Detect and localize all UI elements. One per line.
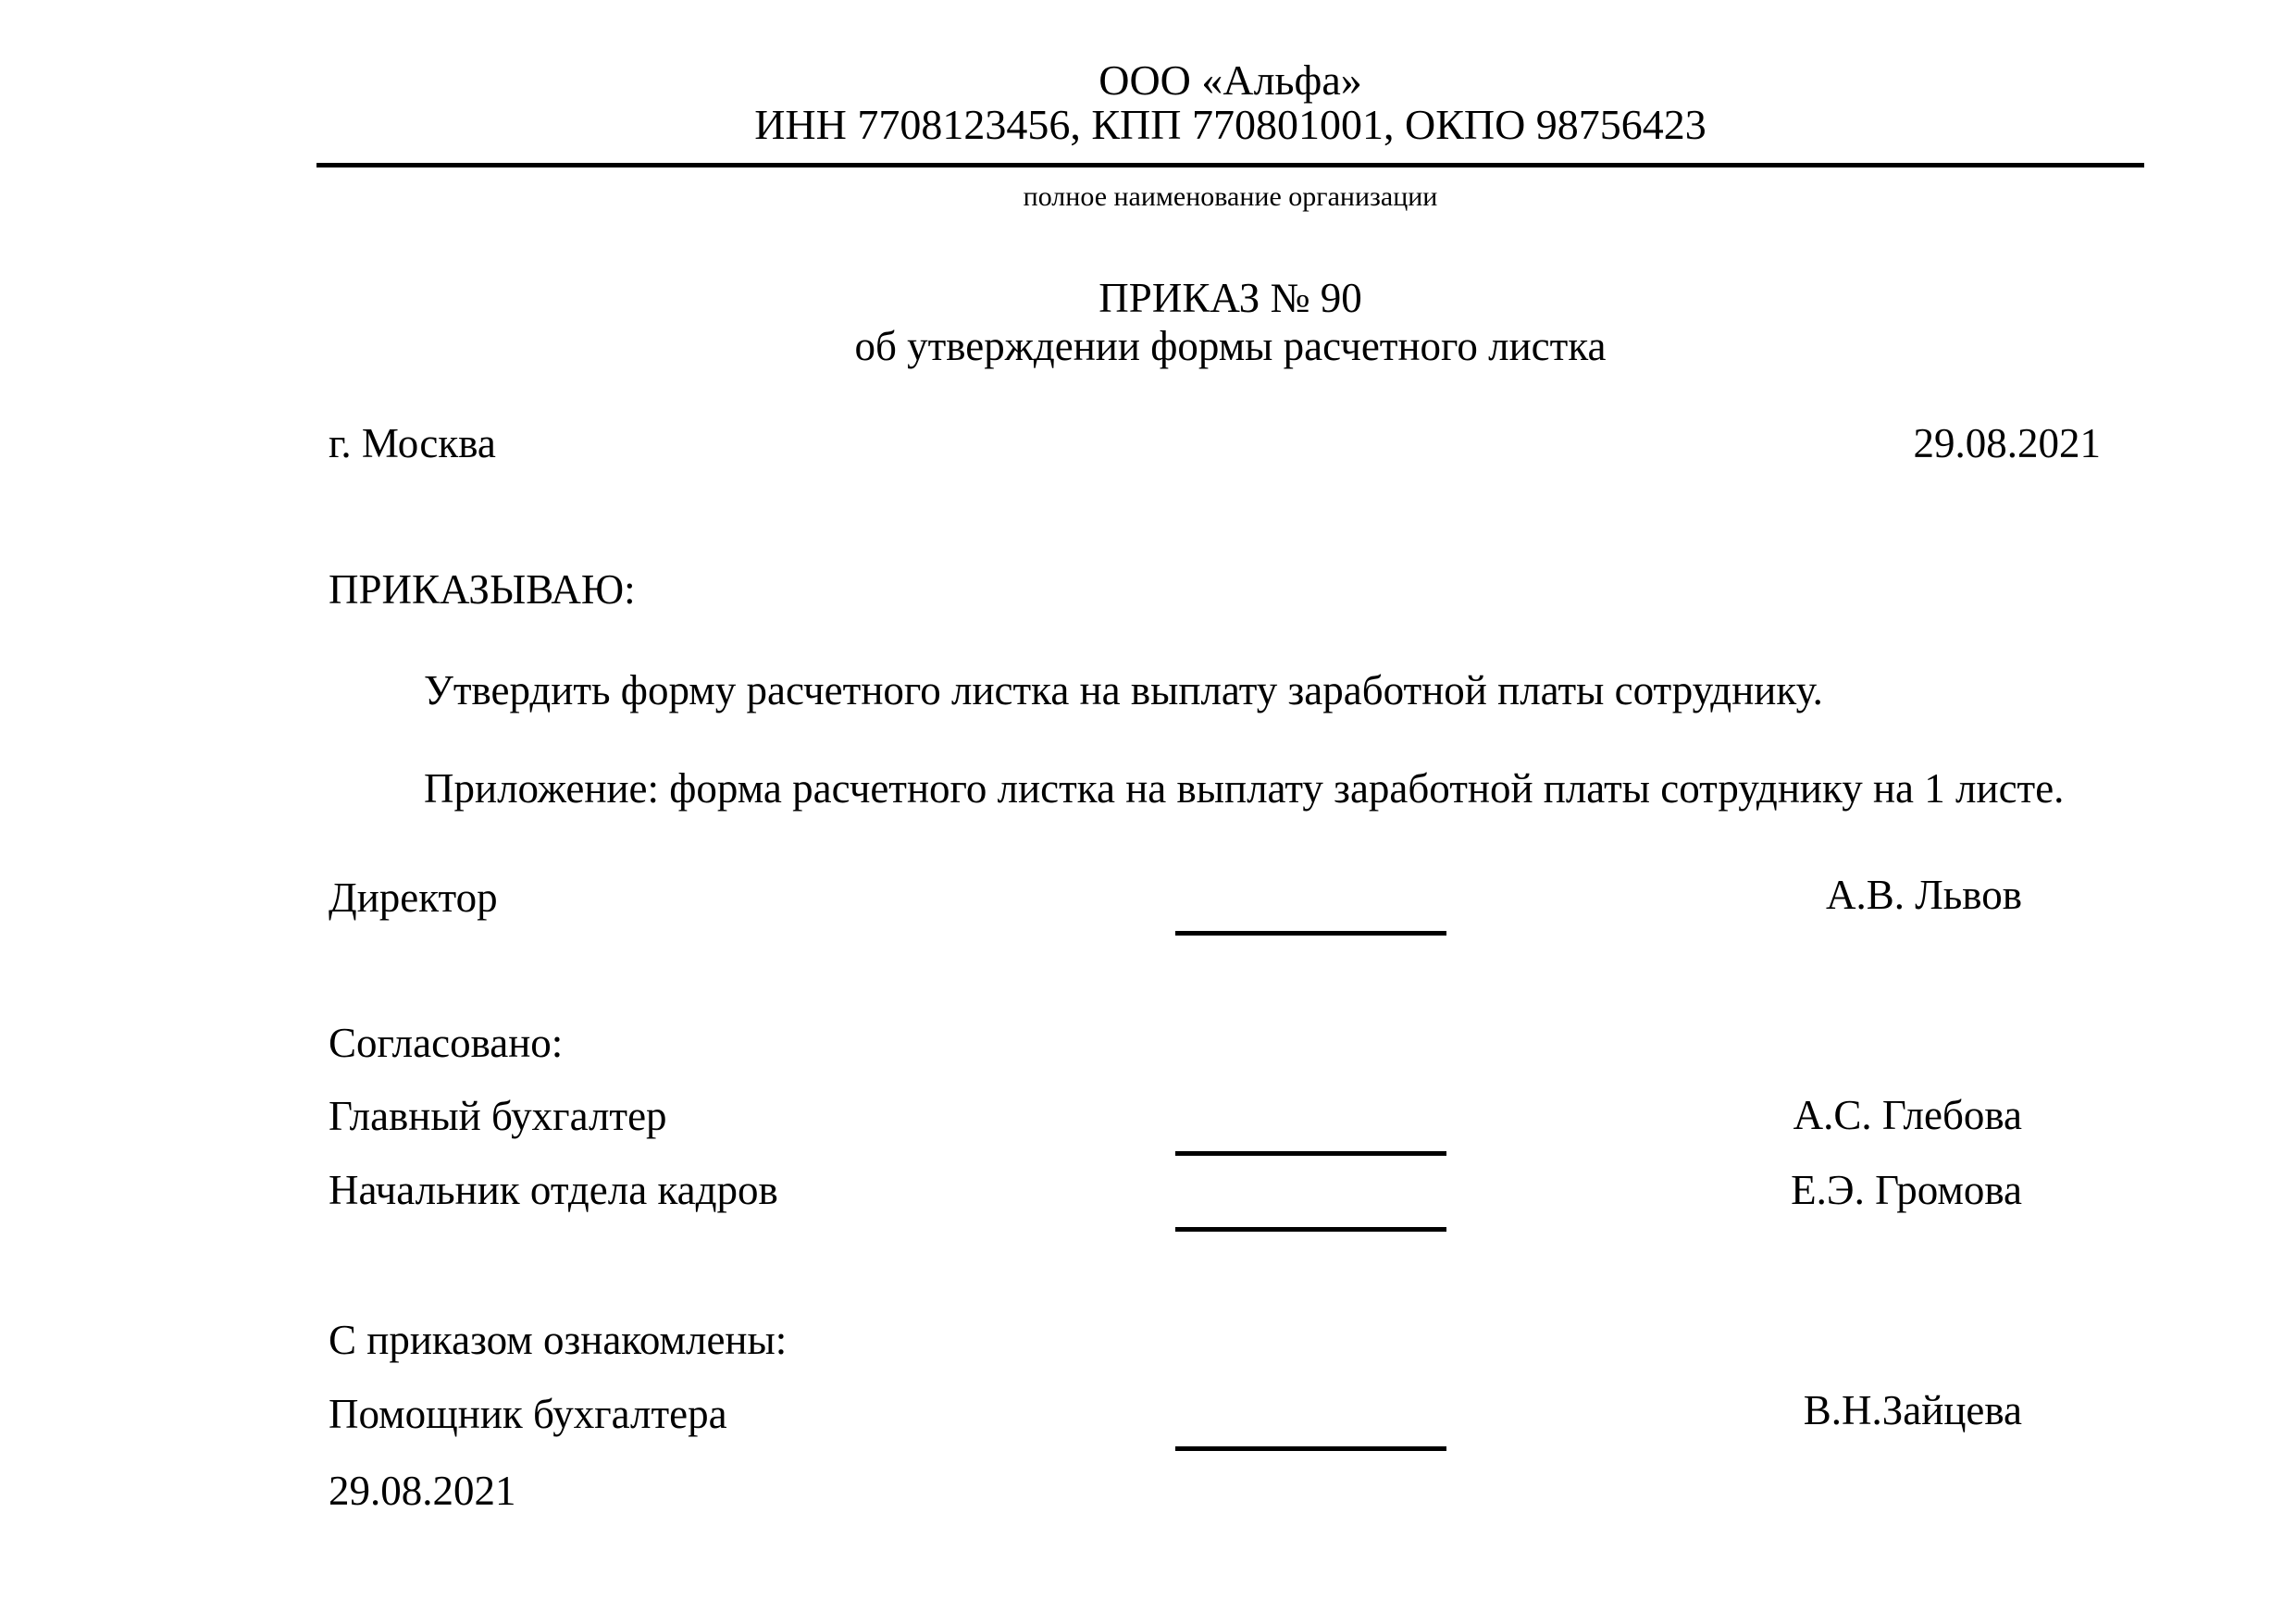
organization-codes: ИНН 7708123456, КПП 770801001, ОКПО 9875… bbox=[316, 104, 2144, 146]
order-city: г. Москва bbox=[329, 423, 496, 465]
directive-heading: ПРИКАЗЫВАЮ: bbox=[329, 569, 636, 611]
signature-line-chief-accountant bbox=[1175, 1151, 1446, 1156]
signature-line-director bbox=[1175, 931, 1446, 936]
approver-position: Начальник отдела кадров bbox=[329, 1170, 778, 1211]
order-title: ПРИКАЗ № 90 bbox=[316, 278, 2144, 319]
order-paragraph: Утвердить форму расчетного листка на вып… bbox=[424, 670, 1823, 712]
director-name: А.В. Львов bbox=[1573, 874, 2022, 916]
acknowledged-label: С приказом ознакомлены: bbox=[329, 1320, 787, 1361]
organization-name: ООО «Альфа» bbox=[316, 59, 2144, 102]
director-position: Директор bbox=[329, 877, 498, 919]
organization-caption: полное наименование организации bbox=[316, 183, 2144, 211]
approver-name: Е.Э. Громова bbox=[1573, 1170, 2022, 1211]
signature-line-assistant-accountant bbox=[1175, 1446, 1446, 1451]
header-divider bbox=[316, 163, 2144, 167]
acknowledger-name: В.Н.Зайцева bbox=[1573, 1390, 2022, 1432]
order-paragraph: Приложение: форма расчетного листка на в… bbox=[424, 768, 2064, 810]
signature-line-hr-head bbox=[1175, 1227, 1446, 1232]
approved-label: Согласовано: bbox=[329, 1023, 563, 1064]
approver-position: Главный бухгалтер bbox=[329, 1096, 667, 1137]
acknowledgement-date: 29.08.2021 bbox=[329, 1470, 516, 1512]
order-date: 29.08.2021 bbox=[1573, 423, 2101, 465]
order-subject: об утверждении формы расчетного листка bbox=[316, 326, 2144, 367]
approver-name: А.С. Глебова bbox=[1573, 1095, 2022, 1136]
acknowledger-position: Помощник бухгалтера bbox=[329, 1394, 727, 1435]
